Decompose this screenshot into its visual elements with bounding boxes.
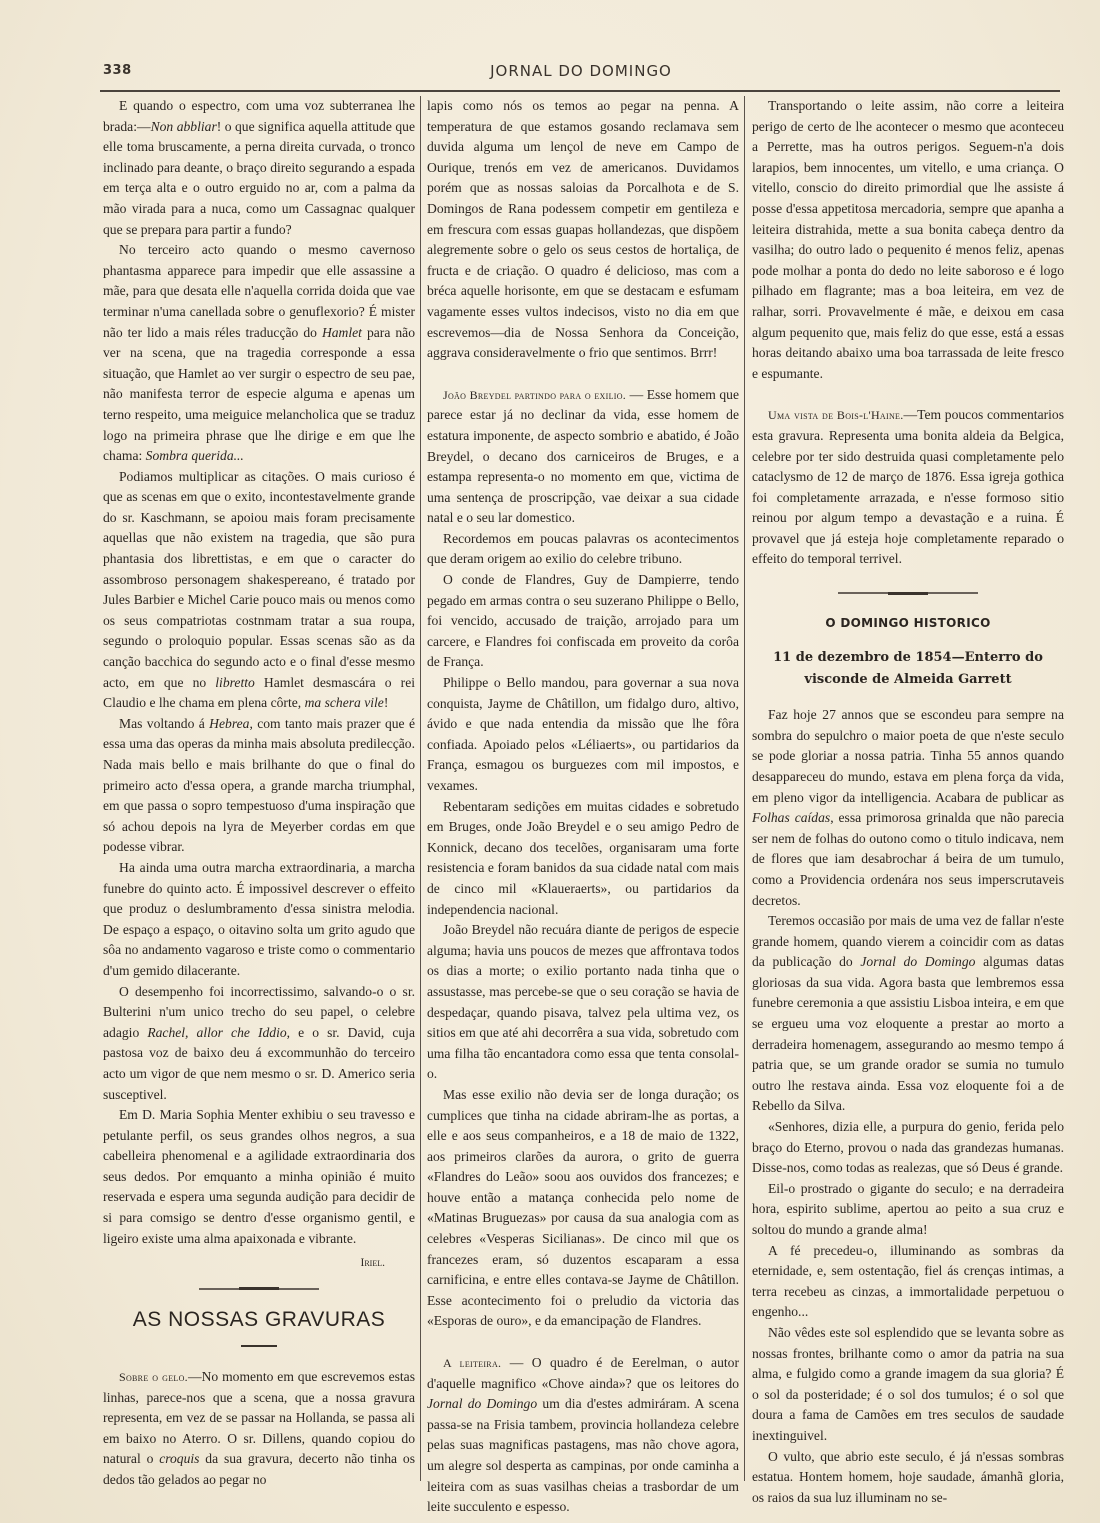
column-divider xyxy=(744,96,745,1481)
column-2: lapis como nós os temos ao pegar na penn… xyxy=(427,96,739,1518)
journal-title: JORNAL DO DOMINGO xyxy=(103,62,1059,80)
paragraph: Em D. Maria Sophia Menter exhibiu o seu … xyxy=(103,1105,415,1249)
column-3: Transportando o leite assim, não corre a… xyxy=(752,96,1064,1508)
paragraph: Transportando o leite assim, não corre a… xyxy=(752,96,1064,384)
paragraph: Teremos occasião por mais de uma vez de … xyxy=(752,911,1064,1117)
author-signature: Iriel. xyxy=(103,1253,415,1274)
paragraph: João Breydel não recuára diante de perig… xyxy=(427,920,739,1085)
column-1: E quando o espectro, com uma voz subterr… xyxy=(103,96,415,1491)
paragraph: No terceiro acto quando o mesmo cavernos… xyxy=(103,240,415,467)
ornament-divider xyxy=(103,1288,415,1291)
paragraph: Ha ainda uma outra marcha extraordinaria… xyxy=(103,858,415,982)
title-rule xyxy=(241,1345,277,1347)
paragraph: A fé precedeu-o, illuminando as sombras … xyxy=(752,1241,1064,1323)
paragraph: A leiteira. — O quadro é de Eerelman, o … xyxy=(427,1353,739,1518)
paragraph: «Senhores, dizia elle, a purpura do geni… xyxy=(752,1117,1064,1179)
paragraph: Faz hoje 27 annos que se escondeu para s… xyxy=(752,705,1064,911)
paragraph: Não vêdes este sol esplendido que se lev… xyxy=(752,1323,1064,1447)
paragraph: Uma vista de Bois-l'Haine.—Tem poucos co… xyxy=(752,405,1064,570)
paragraph: O vulto, que abrio este seculo, é já n'e… xyxy=(752,1447,1064,1509)
section-subtitle: 11 de dezembro de 1854—Enterro do viscon… xyxy=(752,647,1064,691)
section-title: AS NOSSAS GRAVURAS xyxy=(103,1310,415,1331)
paragraph: Mas voltando á Hebrea, com tanto mais pr… xyxy=(103,714,415,858)
paragraph: Podiamos multiplicar as citações. O mais… xyxy=(103,467,415,714)
column-divider xyxy=(420,96,421,1481)
paragraph: Mas esse exilio não devia ser de longa d… xyxy=(427,1085,739,1332)
paragraph: O desempenho foi incorrectissimo, salvan… xyxy=(103,982,415,1106)
header-rule xyxy=(100,90,1060,92)
paragraph: Recordemos em poucas palavras os acontec… xyxy=(427,529,739,570)
paragraph: Philippe o Bello mandou, para governar a… xyxy=(427,673,739,797)
ornament-divider xyxy=(752,592,1064,595)
paragraph: João Breydel partindo para o exilio. — E… xyxy=(427,385,739,529)
paragraph: O conde de Flandres, Guy de Dampierre, t… xyxy=(427,570,739,673)
paragraph: Rebentaram sedições em muitas cidades e … xyxy=(427,797,739,921)
paragraph: Sobre o gelo.—No momento em que escrevem… xyxy=(103,1367,415,1491)
paragraph: Eil-o prostrado o gigante do seculo; e n… xyxy=(752,1179,1064,1241)
paragraph: E quando o espectro, com uma voz subterr… xyxy=(103,96,415,240)
section-title: O DOMINGO HISTORICO xyxy=(752,613,1064,634)
page-header: 338 JORNAL DO DOMINGO xyxy=(103,60,1059,90)
paragraph: lapis como nós os temos ao pegar na penn… xyxy=(427,96,739,364)
